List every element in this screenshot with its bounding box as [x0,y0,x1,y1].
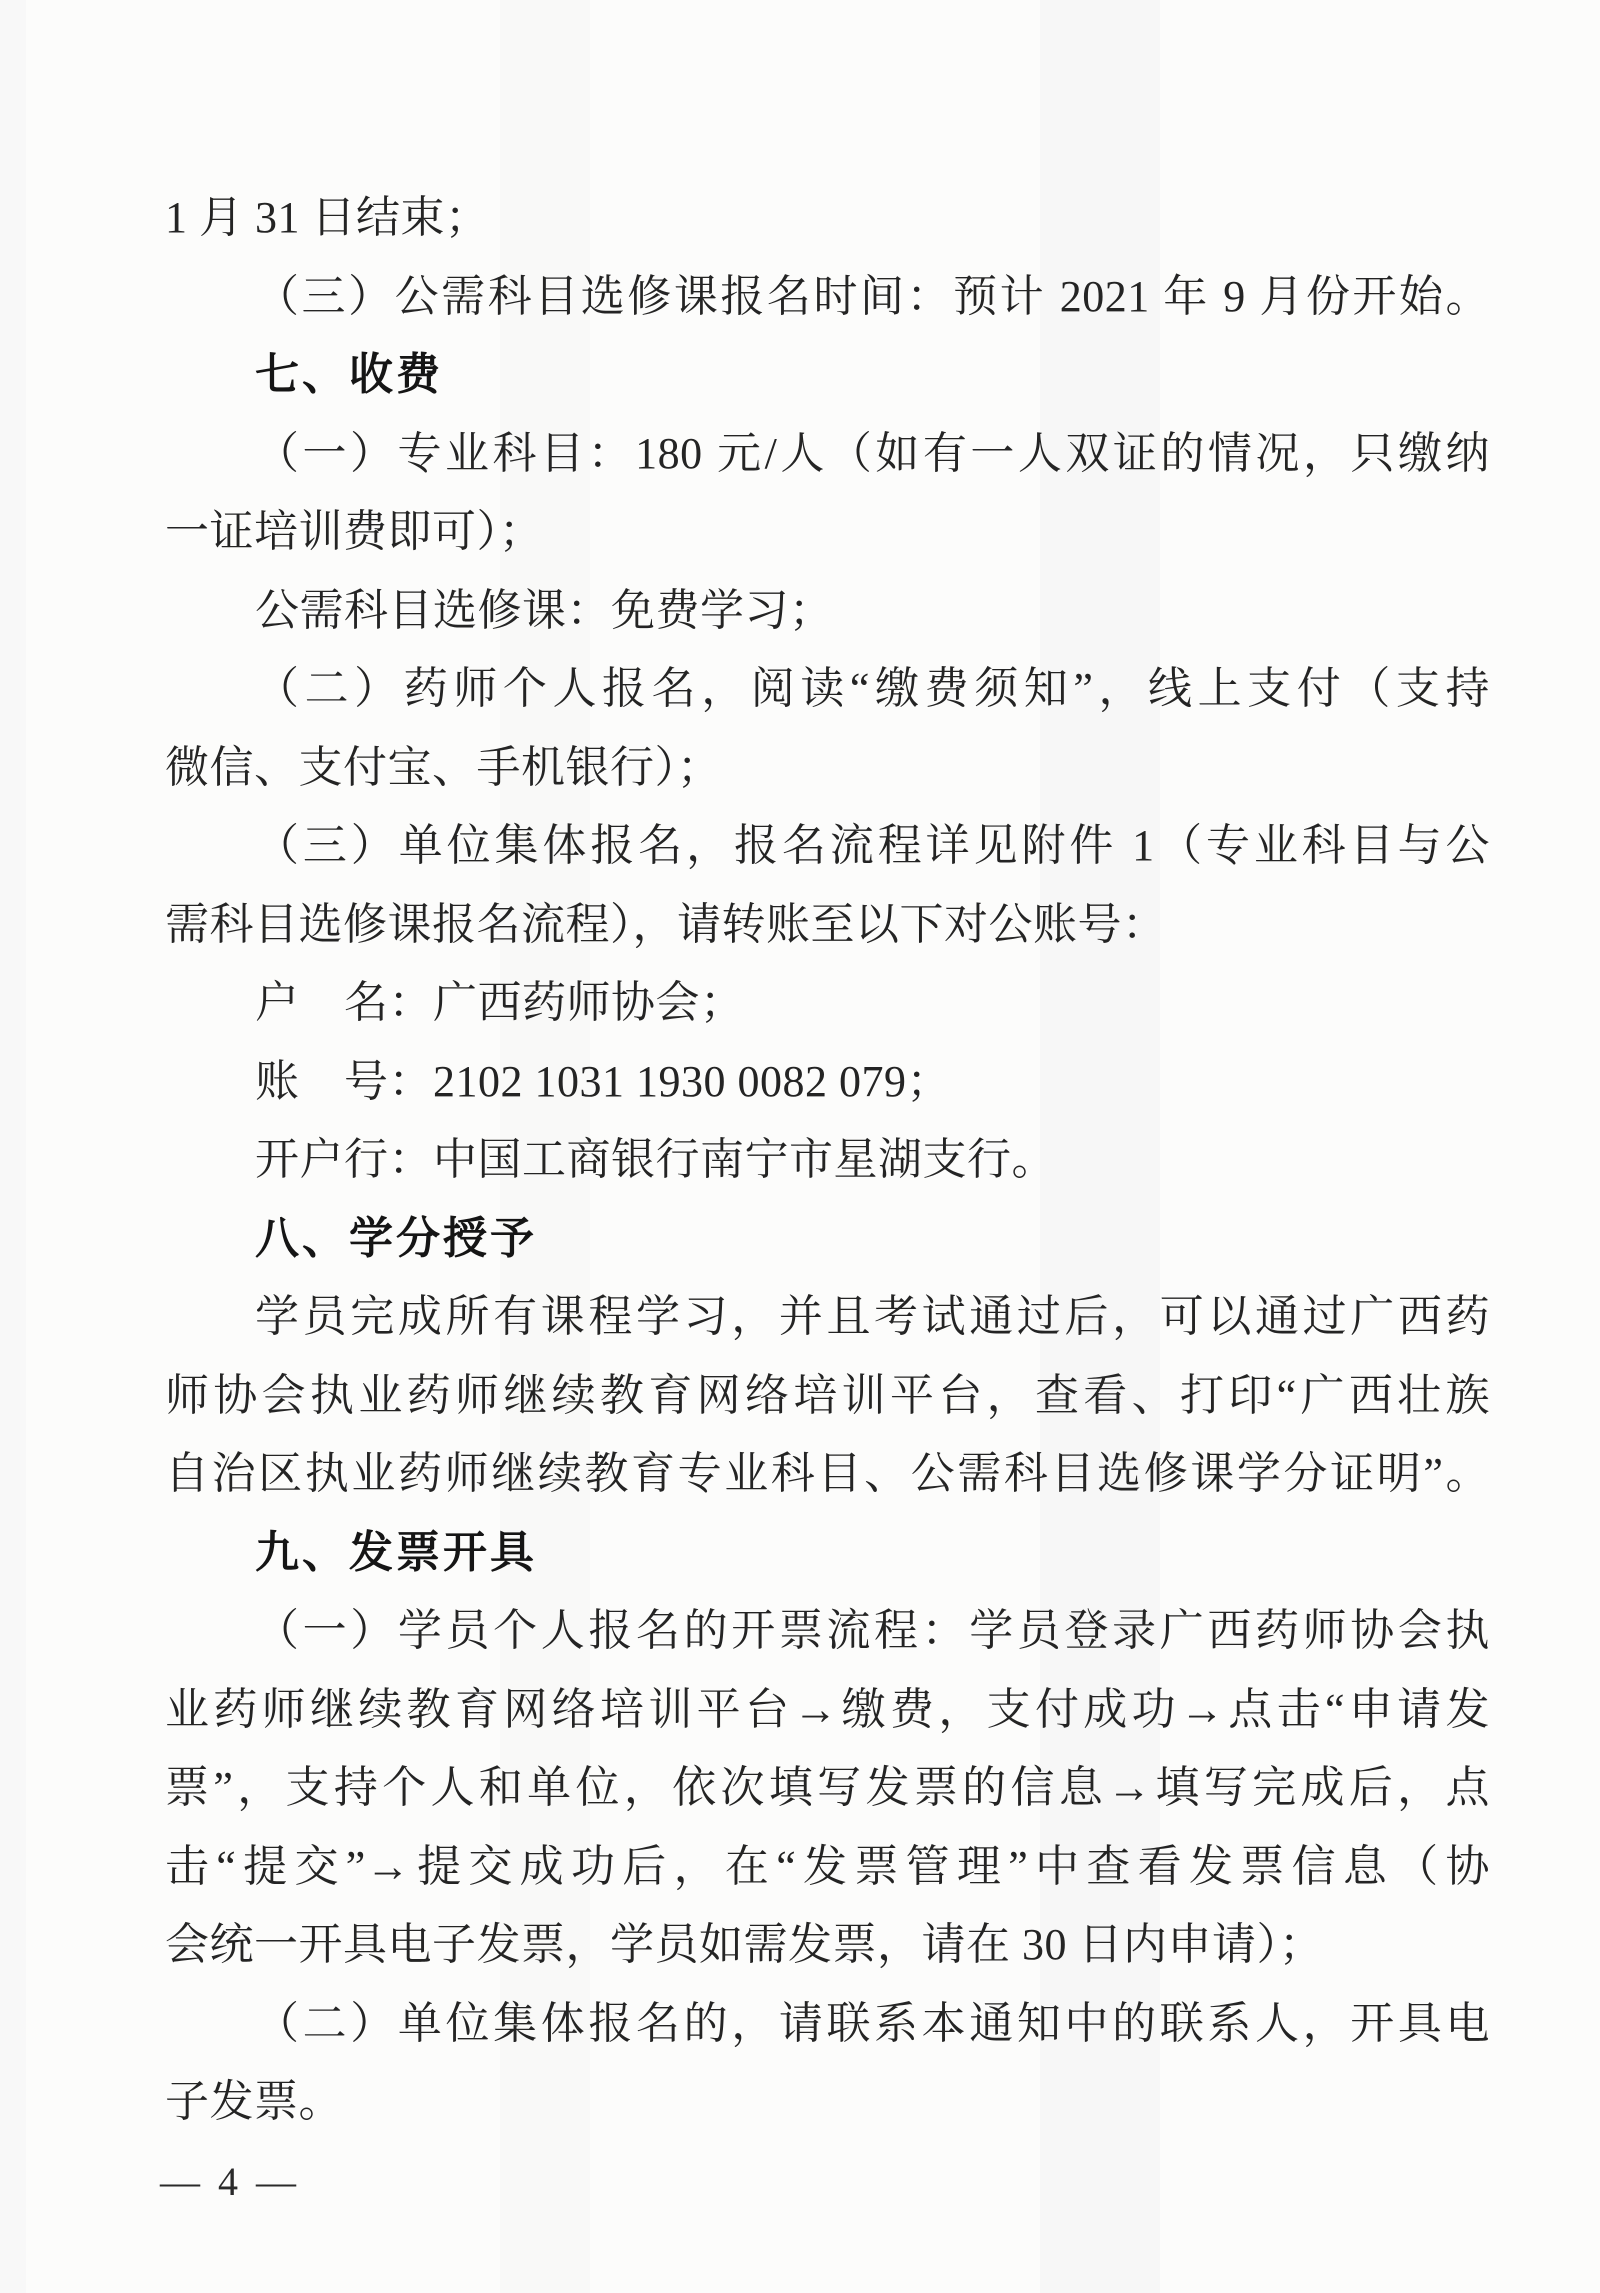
text-line: 击“提交”→提交成功后，在“发票管理”中查看发票信息（协 [165,1828,1490,1907]
page-number: — 4 — [160,2158,300,2205]
document-body: 1 月 31 日结束；（三）公需科目选修课报名时间：预计 2021 年 9 月份… [165,179,1490,2142]
text-line: 一证培训费即可）； [165,493,1490,572]
text-line: （二）单位集体报名的，请联系本通知中的联系人，开具电 [165,1985,1490,2064]
text-line: 师协会执业药师继续教育网络培训平台，查看、打印“广西壮族 [165,1357,1490,1436]
text-line: 会统一开具电子发票，学员如需发票，请在 30 日内申请）； [165,1906,1490,1985]
text-line: 子发票。 [165,2063,1490,2142]
section-heading: 七、收费 [165,336,1490,415]
text-line: （一）学员个人报名的开票流程：学员登录广西药师协会执 [165,1592,1490,1671]
text-line: （一）专业科目：180 元/人（如有一人双证的情况，只缴纳 [165,415,1490,494]
text-line: 开户行：中国工商银行南宁市星湖支行。 [165,1121,1490,1200]
section-heading: 九、发票开具 [165,1514,1490,1593]
text-line: 自治区执业药师继续教育专业科目、公需科目选修课学分证明”。 [165,1435,1490,1514]
text-line: （二）药师个人报名，阅读“缴费须知”，线上支付（支持 [165,650,1490,729]
section-heading: 八、学分授予 [165,1200,1490,1279]
scan-shading-band [0,0,26,2293]
text-line: 需科目选修课报名流程），请转账至以下对公账号： [165,886,1490,965]
text-line: 户 名：广西药师协会； [165,964,1490,1043]
text-line: 微信、支付宝、手机银行）； [165,729,1490,808]
text-line: 学员完成所有课程学习，并且考试通过后，可以通过广西药 [165,1278,1490,1357]
text-line: （三）单位集体报名，报名流程详见附件 1（专业科目与公 [165,807,1490,886]
text-line: 票”，支持个人和单位，依次填写发票的信息→填写完成后，点 [165,1749,1490,1828]
text-line: 业药师继续教育网络培训平台→缴费，支付成功→点击“申请发 [165,1671,1490,1750]
text-line: 公需科目选修课：免费学习； [165,572,1490,651]
text-line: （三）公需科目选修课报名时间：预计 2021 年 9 月份开始。 [165,258,1490,337]
text-line: 账 号：2102 1031 1930 0082 079； [165,1043,1490,1122]
text-line: 1 月 31 日结束； [165,179,1490,258]
